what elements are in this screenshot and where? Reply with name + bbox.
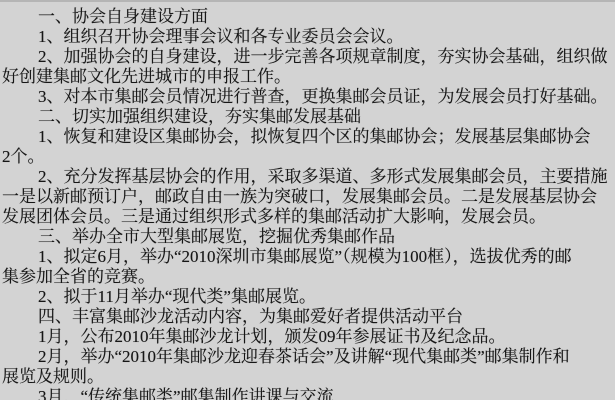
text-line: 一、协会自身建设方面 <box>0 7 615 27</box>
text-line: 3、对本市集邮会员情况进行普查，更换集邮会员证，为发展会员打好基础。 <box>0 87 615 107</box>
text-line: 展览及规则。 <box>0 367 615 387</box>
text-line: 1月，公布2010年集邮沙龙计划，颁发09年参展证书及纪念品。 <box>0 327 615 347</box>
scanned-document-page: 一、协会自身建设方面1、组织召开协会理事会议和各专业委员会会议。2、加强协会的自… <box>0 0 615 400</box>
text-line: 好创建集邮文化先进城市的申报工作。 <box>0 67 615 87</box>
document-body: 一、协会自身建设方面1、组织召开协会理事会议和各专业委员会会议。2、加强协会的自… <box>0 7 615 400</box>
text-line: 1、恢复和建设区集邮协会，拟恢复四个区的集邮协会；发展基层集邮协会 <box>0 127 615 147</box>
text-line: 一是以新邮预订户，邮政自由一族为突破口，发展集邮会员。二是发展基层协会 <box>0 187 615 207</box>
text-line: 1、组织召开协会理事会议和各专业委员会会议。 <box>0 27 615 47</box>
text-line: 2月，举办“2010年集邮沙龙迎春茶话会”及讲解“现代集邮类”邮集制作和 <box>0 347 615 367</box>
text-line: 2、充分发挥基层协会的作用，采取多渠道、多形式发展集邮会员，主要措施 <box>0 167 615 187</box>
text-line: 四、丰富集邮沙龙活动内容，为集邮爱好者提供活动平台 <box>0 307 615 327</box>
text-line: 三、举办全市大型集邮展览，挖掘优秀集邮作品 <box>0 227 615 247</box>
text-line: 发展团体会员。三是通过组织形式多样的集邮活动扩大影响，发展会员。 <box>0 207 615 227</box>
text-line: 2个。 <box>0 147 615 167</box>
text-line: 二、切实加强组织建设，夯实集邮发展基础 <box>0 107 615 127</box>
text-line: 1、拟定6月，举办“2010深圳市集邮展览”（规模为100框），选拔优秀的邮 <box>0 247 615 267</box>
text-line: 集参加全省的竞赛。 <box>0 267 615 287</box>
text-line: 2、拟于11月举办“现代类”集邮展览。 <box>0 287 615 307</box>
text-line: 3月，“传统集邮类”邮集制作讲课与交流 <box>0 387 615 400</box>
text-line: 2、加强协会的自身建设，进一步完善各项规章制度，夯实协会基础，组织做 <box>0 47 615 67</box>
